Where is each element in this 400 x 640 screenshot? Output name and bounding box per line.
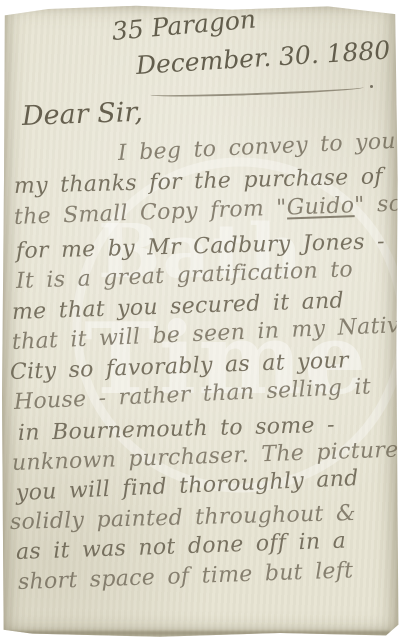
paper-bottom-edge xyxy=(8,631,390,635)
scanned-letter-view: Bath Time 35 Paragon December. 30. 1880 … xyxy=(0,0,400,640)
paper-texture xyxy=(0,0,400,640)
letter-page: Bath Time 35 Paragon December. 30. 1880 … xyxy=(0,0,400,640)
